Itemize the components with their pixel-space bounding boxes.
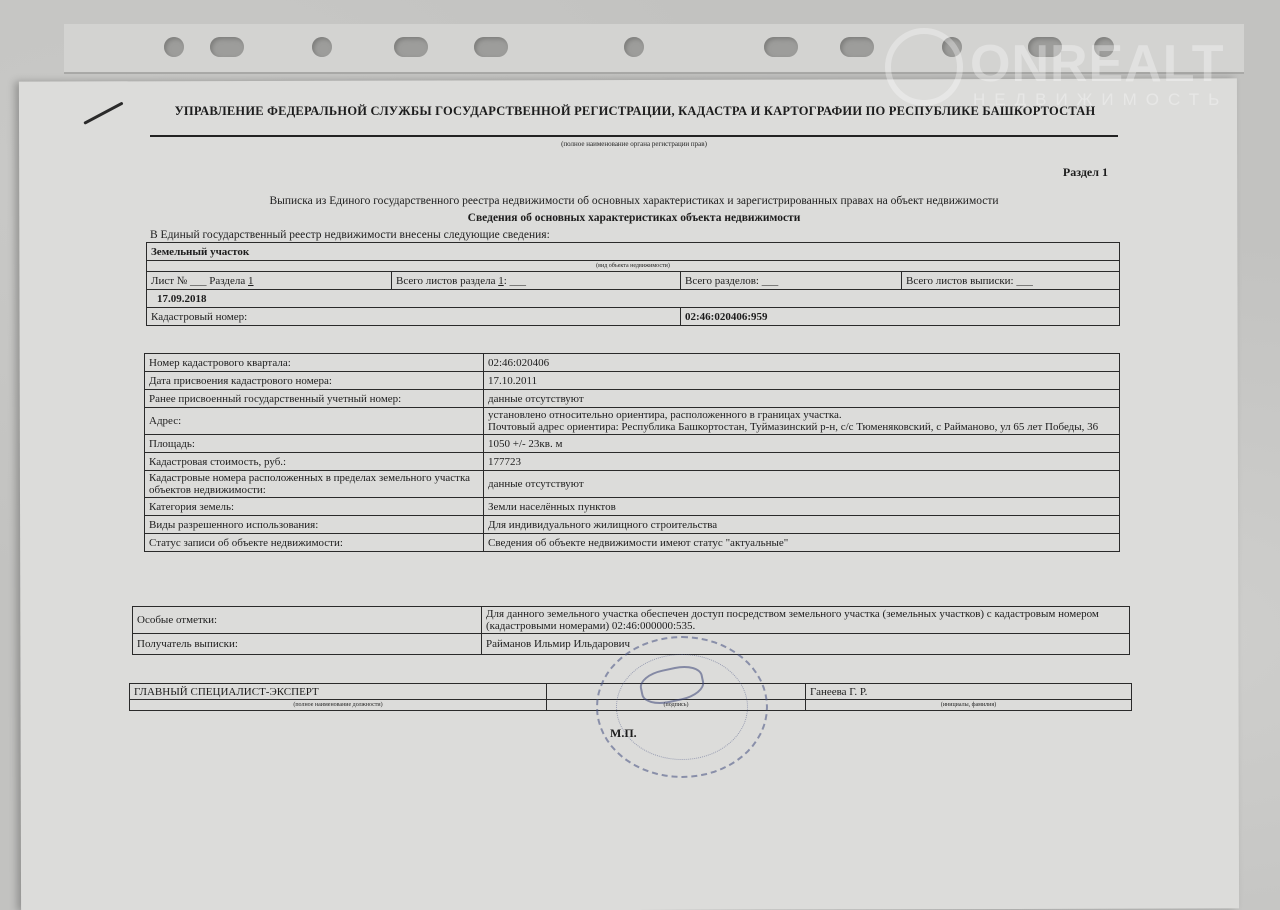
row-label: Получатель выписки: bbox=[133, 634, 482, 655]
punch-hole-icon bbox=[394, 37, 428, 57]
official-name: Ганеева Г. Р. bbox=[806, 684, 1132, 700]
table-row: Площадь:1050 +/- 23кв. м bbox=[145, 435, 1120, 453]
organization-caption: (полное наименование органа регистрации … bbox=[150, 140, 1118, 148]
total-sheets-section-label: Всего листов раздела bbox=[396, 275, 495, 287]
row-label: Кадастровые номера расположенных в преде… bbox=[145, 471, 484, 498]
row-value: данные отсутствуют bbox=[484, 390, 1120, 408]
row-label: Кадастровая стоимость, руб.: bbox=[145, 453, 484, 471]
row-value: 17.10.2011 bbox=[484, 372, 1120, 390]
address-line-2: Почтовый адрес ориентира: Республика Баш… bbox=[488, 421, 1115, 433]
row-label: Особые отметки: bbox=[133, 607, 482, 634]
watermark-logo-icon bbox=[885, 28, 963, 106]
table-row: Кадастровая стоимость, руб.:177723 bbox=[145, 453, 1120, 471]
row-value: 1050 +/- 23кв. м bbox=[484, 435, 1120, 453]
table-row: Категория земель:Земли населённых пункто… bbox=[145, 498, 1120, 516]
punch-hole-icon bbox=[210, 37, 244, 57]
table-row: Ранее присвоенный государственный учетны… bbox=[145, 390, 1120, 408]
position-caption: (полное наименование должности) bbox=[130, 700, 547, 711]
punch-hole-icon bbox=[312, 37, 332, 57]
row-value: Земли населённых пунктов bbox=[484, 498, 1120, 516]
row-label: Номер кадастрового квартала: bbox=[145, 354, 484, 372]
extract-date: 17.09.2018 bbox=[147, 290, 1120, 308]
table-row: Адрес:установлено относительно ориентира… bbox=[145, 408, 1120, 435]
table-row: Кадастровые номера расположенных в преде… bbox=[145, 471, 1120, 498]
stamp-place-label: М.П. bbox=[610, 726, 637, 741]
row-value: Райманов Ильмир Ильдарович bbox=[482, 634, 1130, 655]
sheet-section-value: 1 bbox=[248, 275, 254, 287]
watermark: ONREALT НЕДВИЖИМОСТЬ bbox=[885, 28, 1245, 118]
official-stamp-icon bbox=[596, 636, 768, 778]
notes-table: Особые отметки:Для данного земельного уч… bbox=[132, 606, 1130, 655]
official-position: ГЛАВНЫЙ СПЕЦИАЛИСТ-ЭКСПЕРТ bbox=[130, 684, 547, 700]
row-value: Сведения об объекте недвижимости имеют с… bbox=[484, 534, 1120, 552]
cadastral-number-label: Кадастровый номер: bbox=[147, 308, 681, 326]
address-line-1: установлено относительно ориентира, расп… bbox=[488, 409, 1115, 421]
punch-hole-icon bbox=[164, 37, 184, 57]
row-label: Статус записи об объекте недвижимости: bbox=[145, 534, 484, 552]
object-type: Земельный участок bbox=[147, 243, 1120, 261]
row-value: установлено относительно ориентира, расп… bbox=[484, 408, 1120, 435]
watermark-subtitle: НЕДВИЖИМОСТЬ bbox=[973, 90, 1228, 110]
table-row: Статус записи об объекте недвижимости:Св… bbox=[145, 534, 1120, 552]
total-sheets-section-suffix: : ___ bbox=[504, 275, 526, 287]
table-row: Особые отметки:Для данного земельного уч… bbox=[133, 607, 1130, 634]
total-sections: Всего разделов: ___ bbox=[681, 272, 902, 290]
details-table: Номер кадастрового квартала:02:46:020406… bbox=[144, 353, 1120, 552]
row-value: Для индивидуального жилищного строительс… bbox=[484, 516, 1120, 534]
punch-hole-icon bbox=[764, 37, 798, 57]
row-value: 177723 bbox=[484, 453, 1120, 471]
table-row: Виды разрешенного использования:Для инди… bbox=[145, 516, 1120, 534]
divider bbox=[150, 135, 1118, 137]
row-label: Категория земель: bbox=[145, 498, 484, 516]
table-row: Дата присвоения кадастрового номера:17.1… bbox=[145, 372, 1120, 390]
punch-hole-icon bbox=[840, 37, 874, 57]
section-label: Раздел 1 bbox=[1020, 165, 1108, 180]
document-title: Выписка из Единого государственного реес… bbox=[150, 195, 1118, 207]
table-row: Номер кадастрового квартала:02:46:020406 bbox=[145, 354, 1120, 372]
sheet-number: Лист № ___ Раздела 1 bbox=[147, 272, 392, 290]
name-caption: (инициалы, фамилия) bbox=[806, 700, 1132, 711]
watermark-brand: ONREALT bbox=[970, 34, 1224, 94]
punch-hole-icon bbox=[624, 37, 644, 57]
document-subtitle: Сведения об основных характеристиках объ… bbox=[150, 212, 1118, 224]
row-label: Адрес: bbox=[145, 408, 484, 435]
row-label: Ранее присвоенный государственный учетны… bbox=[145, 390, 484, 408]
row-label: Виды разрешенного использования: bbox=[145, 516, 484, 534]
object-header-table: Земельный участок (вид объекта недвижимо… bbox=[146, 242, 1120, 326]
row-label: Площадь: bbox=[145, 435, 484, 453]
row-value: данные отсутствуют bbox=[484, 471, 1120, 498]
row-value: 02:46:020406 bbox=[484, 354, 1120, 372]
row-value: Для данного земельного участка обеспечен… bbox=[482, 607, 1130, 634]
intro-text: В Единый государственный реестр недвижим… bbox=[150, 229, 550, 241]
row-label: Дата присвоения кадастрового номера: bbox=[145, 372, 484, 390]
total-sheets-extract: Всего листов выписки: ___ bbox=[902, 272, 1120, 290]
punch-hole-icon bbox=[474, 37, 508, 57]
object-type-caption: (вид объекта недвижимости) bbox=[147, 261, 1120, 272]
cadastral-number-value: 02:46:020406:959 bbox=[681, 308, 1120, 326]
total-sheets-section: Всего листов раздела 1: ___ bbox=[392, 272, 681, 290]
sheet-label: Лист № ___ Раздела bbox=[151, 275, 245, 287]
